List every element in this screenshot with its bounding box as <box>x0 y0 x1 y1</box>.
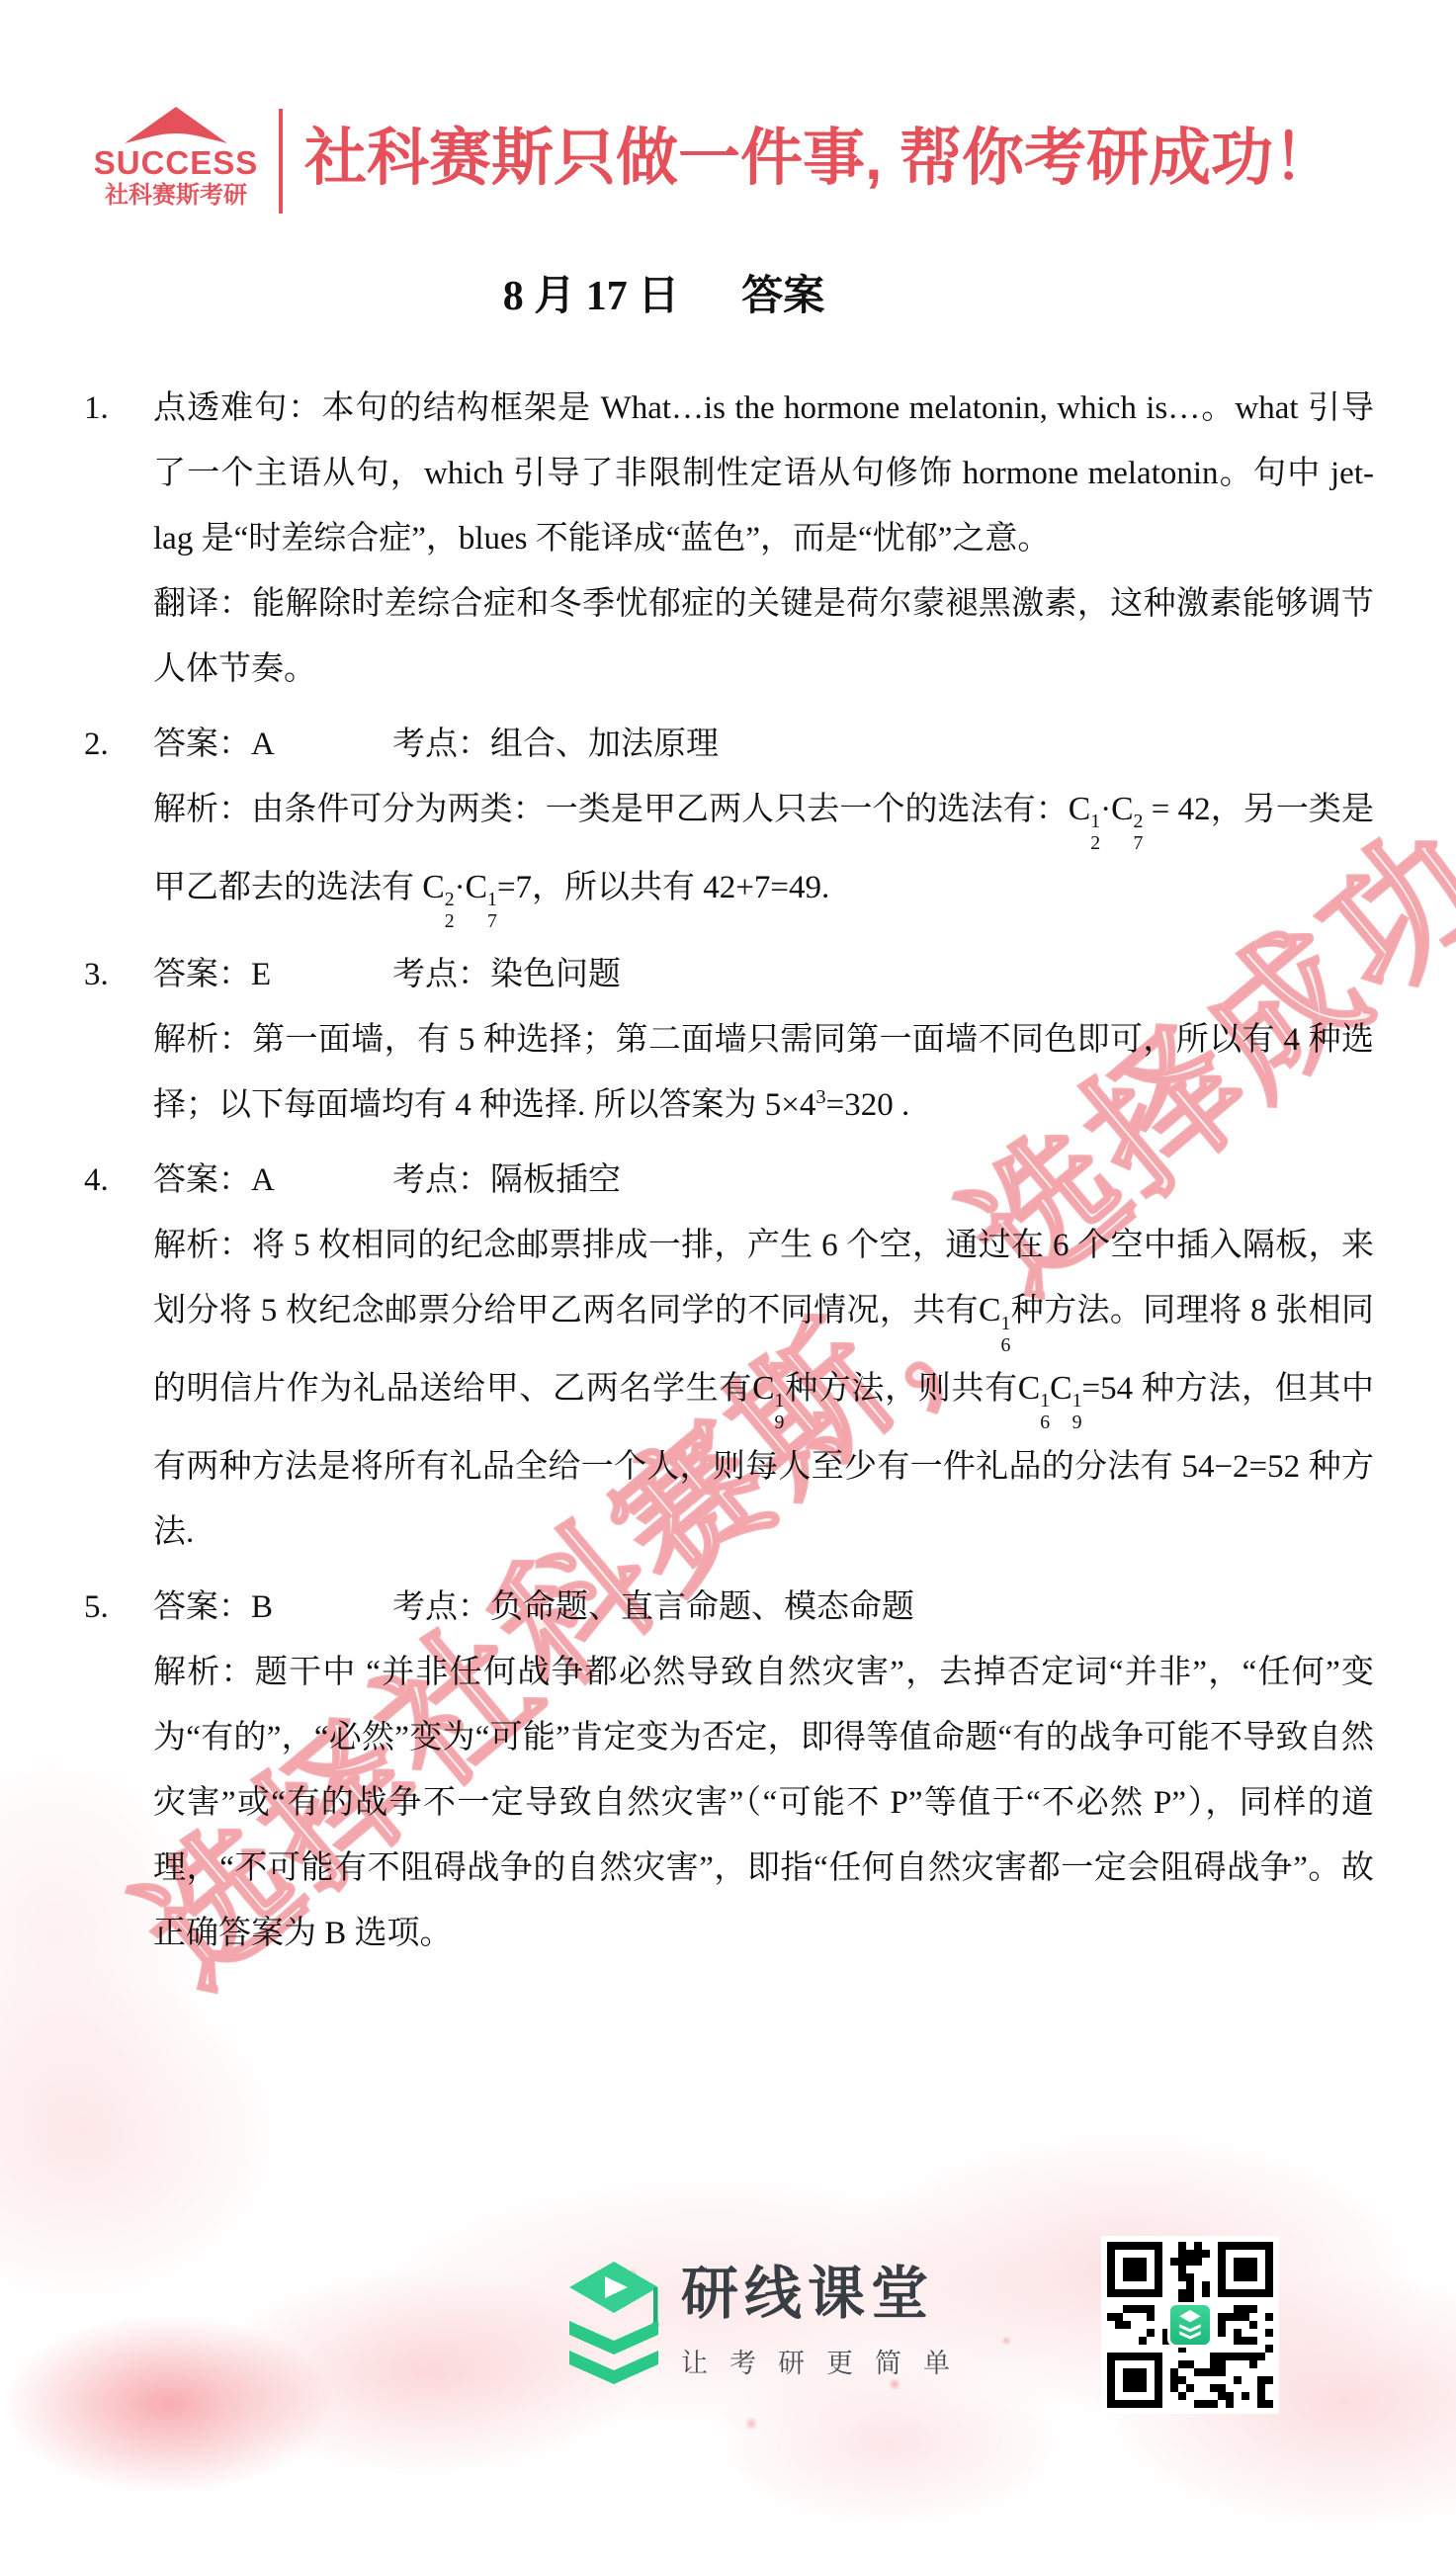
qr-module <box>1123 2368 1147 2392</box>
success-logo: SUCCESS 社科赛斯考研 <box>97 107 255 211</box>
qr-module <box>1194 2242 1202 2250</box>
qr-module <box>1147 2313 1155 2321</box>
comb-superscript: 1 <box>775 1390 785 1412</box>
qr-module <box>1242 2337 1249 2345</box>
qr-module <box>1170 2258 1178 2266</box>
explanation-paragraph: 解析：第一面墙，有 5 种选择；第二面墙只需同第一面墙不同色即可，所以有 4 种… <box>153 1007 1374 1138</box>
qr-module <box>1218 2313 1226 2321</box>
qr-module <box>1218 2329 1226 2337</box>
combination-symbol: C22 <box>422 855 454 933</box>
text-run: 解析：第一面墙，有 5 种选择；第二面墙只需同第一面墙不同色即可，所以有 4 种… <box>153 1022 1374 1123</box>
qr-module <box>1186 2360 1194 2368</box>
answer-list: 1.点透难句：本句的结构框架是 What…is the hormone mela… <box>84 376 1374 1976</box>
qr-module <box>1218 2368 1226 2376</box>
qr-module <box>1170 2368 1178 2376</box>
qr-module <box>1194 2400 1202 2408</box>
answer-item: 2.答案：A考点：组合、加法原理解析：由条件可分为两类：一类是甲乙两人只去一个的… <box>84 712 1374 932</box>
comb-superscript: 2 <box>1134 811 1144 832</box>
answer-label: 答案： <box>153 1589 251 1625</box>
qr-module <box>1226 2353 1234 2360</box>
text-run: 点透难句：本句的结构框架是 What…is the hormone melato… <box>153 390 1374 557</box>
answer-head: 答案：E考点：染色问题 <box>153 942 1374 1007</box>
topic-label: 考点： <box>392 727 490 762</box>
text-run: 种方法，则共有 <box>784 1371 1017 1407</box>
qr-module <box>1218 2250 1226 2289</box>
qr-module <box>1234 2376 1242 2384</box>
qr-module <box>1178 2258 1186 2266</box>
qr-module <box>1186 2258 1194 2266</box>
item-number: 2. <box>84 712 153 932</box>
answer-head: 答案：A考点：组合、加法原理 <box>153 712 1374 777</box>
header-slogan: 社科赛斯只做一件事, 帮你考研成功！ <box>304 107 1335 210</box>
qr-module <box>1186 2384 1194 2392</box>
qr-module <box>1218 2384 1226 2392</box>
qr-module <box>1218 2392 1226 2400</box>
qr-module <box>1123 2305 1131 2313</box>
qr-module <box>1226 2313 1234 2321</box>
topic-label: 考点： <box>392 957 490 992</box>
qr-module <box>1107 2289 1162 2297</box>
qr-module <box>1186 2250 1194 2258</box>
item-body: 答案：B考点：负命题、直言命题、模态命题解析：题干中 “并非任何战争都必然导致自… <box>153 1575 1374 1966</box>
qr-module <box>1242 2392 1249 2400</box>
text-run: =7，所以共有 42+7=49. <box>497 870 829 905</box>
document-page: 选择社科赛斯，选择成功 SUCCESS 社科赛斯考研 社科赛斯只做一件事, 帮你… <box>0 0 1456 2569</box>
combination-symbol: C27 <box>1111 777 1143 855</box>
answer-head: 答案：B考点：负命题、直言命题、模态命题 <box>153 1575 1374 1640</box>
comb-base: C <box>466 869 487 905</box>
qr-module <box>1249 2360 1257 2368</box>
qr-module <box>1265 2376 1273 2384</box>
combination-symbol: C16 <box>979 1278 1010 1356</box>
qr-module <box>1147 2329 1155 2337</box>
qr-module <box>1178 2360 1186 2368</box>
comb-base: C <box>1069 791 1090 827</box>
comb-superscript: 1 <box>1090 811 1100 832</box>
qr-center-logo-icon <box>1167 2302 1213 2348</box>
topic-label: 考点： <box>392 1162 490 1198</box>
comb-base: C <box>1111 791 1133 827</box>
topic-text: 负命题、直言命题、模态命题 <box>490 1589 914 1625</box>
qr-module <box>1194 2258 1202 2266</box>
qr-module <box>1249 2321 1257 2329</box>
qr-module <box>1202 2400 1210 2408</box>
qr-module <box>1115 2321 1123 2329</box>
qr-module <box>1131 2305 1139 2313</box>
qr-module <box>1107 2242 1162 2250</box>
qr-module <box>1218 2242 1273 2250</box>
comb-superscript: 1 <box>487 889 497 910</box>
footer-tagline: 让考研更简单 <box>681 2342 972 2380</box>
qr-module <box>1155 2250 1162 2289</box>
qr-module <box>1234 2305 1242 2313</box>
qr-module <box>1249 2337 1257 2345</box>
topic-value: 考点：隔板插空 <box>392 1162 621 1198</box>
footer-brand-text-block: 研线课堂 让考研更简单 <box>681 2262 972 2380</box>
qr-module <box>1210 2353 1218 2360</box>
qr-module <box>1257 2376 1265 2384</box>
qr-module <box>1194 2368 1202 2376</box>
comb-base: C <box>1050 1370 1071 1407</box>
qr-module <box>1218 2289 1273 2297</box>
qr-module <box>1123 2258 1147 2281</box>
answer-value: 答案：E <box>153 942 392 1007</box>
comb-scripts: 22 <box>445 889 455 932</box>
comb-scripts: 19 <box>1072 1390 1082 1433</box>
combination-symbol: C12 <box>1069 777 1100 855</box>
answer-item: 3.答案：E考点：染色问题解析：第一面墙，有 5 种选择；第二面墙只需同第一面墙… <box>84 942 1374 1138</box>
comb-scripts: 16 <box>1000 1313 1010 1356</box>
comb-subscript: 6 <box>1040 1412 1050 1433</box>
topic-text: 染色问题 <box>490 957 621 992</box>
comb-scripts: 16 <box>1040 1390 1050 1433</box>
comb-superscript: 2 <box>445 889 455 910</box>
page-header: SUCCESS 社科赛斯考研 社科赛斯只做一件事, 帮你考研成功！ <box>97 107 1335 214</box>
comb-superscript: 1 <box>1040 1390 1050 1412</box>
qr-module <box>1178 2266 1186 2273</box>
qr-module <box>1249 2353 1257 2360</box>
topic-text: 组合、加法原理 <box>490 727 719 762</box>
explanation-paragraph: 解析：将 5 枚相同的纪念邮票排成一排，产生 6 个空，通过在 6 个空中插入隔… <box>153 1213 1374 1564</box>
comb-scripts: 19 <box>775 1390 785 1433</box>
qr-module <box>1170 2384 1178 2392</box>
qr-code <box>1101 2236 1279 2414</box>
item-number: 4. <box>84 1148 153 1564</box>
answer-letter: A <box>251 727 275 762</box>
comb-subscript: 7 <box>487 910 497 932</box>
qr-module <box>1218 2360 1226 2368</box>
topic-text: 隔板插空 <box>490 1162 621 1198</box>
qr-module <box>1107 2250 1115 2289</box>
comb-scripts: 27 <box>1134 811 1144 854</box>
item-number: 5. <box>84 1575 153 1966</box>
qr-module <box>1178 2392 1186 2400</box>
comb-base: C <box>422 869 444 905</box>
qr-module <box>1155 2360 1162 2400</box>
comb-superscript: 1 <box>1000 1313 1010 1334</box>
topic-value: 考点：组合、加法原理 <box>392 727 719 762</box>
qr-module <box>1107 2360 1115 2400</box>
qr-module <box>1242 2353 1249 2360</box>
qr-module <box>1178 2273 1186 2281</box>
qr-module <box>1234 2258 1257 2281</box>
qr-module <box>1234 2337 1242 2345</box>
comb-subscript: 7 <box>1134 832 1144 854</box>
qr-module <box>1202 2250 1210 2258</box>
brand-divider <box>279 109 283 214</box>
answer-label: 答案： <box>153 727 251 762</box>
answer-letter: B <box>251 1589 273 1625</box>
qr-module <box>1202 2289 1210 2297</box>
qr-module <box>1178 2250 1186 2258</box>
combination-symbol: C19 <box>752 1356 784 1434</box>
text-run: =320 . <box>826 1087 910 1123</box>
comb-base: C <box>1018 1370 1040 1407</box>
comb-scripts: 12 <box>1090 811 1100 854</box>
qr-module <box>1178 2289 1186 2297</box>
qr-module <box>1234 2313 1242 2321</box>
item-body: 点透难句：本句的结构框架是 What…is the hormone melato… <box>153 376 1374 702</box>
qr-module <box>1210 2384 1218 2392</box>
qr-module <box>1107 2353 1162 2360</box>
qr-module <box>1107 2400 1162 2408</box>
text-run: 解析：由条件可分为两类：一类是甲乙两人只去一个的选法有： <box>153 792 1069 827</box>
qr-module <box>1257 2384 1265 2392</box>
logo-brand-text: SUCCESS <box>94 146 259 179</box>
item-number: 1. <box>84 376 153 702</box>
qr-module <box>1178 2376 1186 2384</box>
footer-brand-name: 研线课堂 <box>681 2262 972 2328</box>
combination-symbol: C16 <box>1018 1356 1050 1434</box>
topic-value: 考点：染色问题 <box>392 957 621 992</box>
combination-symbol: C19 <box>1050 1356 1081 1434</box>
comb-subscript: 9 <box>775 1412 785 1433</box>
answer-value: 答案：A <box>153 1148 392 1213</box>
footer-brand: 研线课堂 让考研更简单 <box>568 2262 972 2391</box>
text-run: · <box>1100 792 1111 827</box>
qr-module <box>1257 2353 1265 2360</box>
explanation-paragraph: 解析：题干中 “并非任何战争都必然导致自然灾害”，去掉否定词“并非”，“任何”变… <box>153 1640 1374 1966</box>
item-body: 答案：A考点：隔板插空解析：将 5 枚相同的纪念邮票排成一排，产生 6 个空，通… <box>153 1148 1374 1564</box>
qr-module <box>1139 2305 1147 2313</box>
comb-base: C <box>979 1292 1000 1328</box>
answer-value: 答案：A <box>153 712 392 777</box>
item-number: 3. <box>84 942 153 1138</box>
qr-module <box>1139 2337 1147 2345</box>
qr-module <box>1265 2345 1273 2353</box>
answer-letter: A <box>251 1162 275 1198</box>
qr-module <box>1265 2250 1273 2289</box>
qr-module <box>1210 2400 1218 2408</box>
qr-module <box>1202 2368 1210 2376</box>
page-title: 8 月 17 日 答案 <box>0 263 1328 322</box>
answer-item: 5.答案：B考点：负命题、直言命题、模态命题解析：题干中 “并非任何战争都必然导… <box>84 1575 1374 1966</box>
qr-module <box>1186 2281 1194 2289</box>
qr-module <box>1202 2281 1210 2289</box>
qr-module <box>1147 2305 1155 2313</box>
comb-scripts: 17 <box>487 889 497 932</box>
qr-module <box>1210 2368 1218 2376</box>
qr-module <box>1107 2313 1115 2321</box>
explanation-paragraph: 翻译：能解除时差综合症和冬季忧郁症的关键是荷尔蒙褪黑激素，这种激素能够调节人体节… <box>153 571 1374 702</box>
comb-subscript: 2 <box>445 910 455 932</box>
qr-module <box>1257 2392 1265 2400</box>
qr-module <box>1234 2329 1242 2337</box>
qr-module <box>1170 2376 1178 2384</box>
qr-module <box>1265 2400 1273 2408</box>
qr-module <box>1210 2360 1218 2368</box>
answer-item: 4.答案：A考点：隔板插空解析：将 5 枚相同的纪念邮票排成一排，产生 6 个空… <box>84 1148 1374 1564</box>
qr-module <box>1194 2250 1202 2258</box>
qr-module <box>1257 2400 1265 2408</box>
comb-subscript: 2 <box>1090 832 1100 854</box>
answer-head: 答案：A考点：隔板插空 <box>153 1148 1374 1213</box>
item-body: 答案：A考点：组合、加法原理解析：由条件可分为两类：一类是甲乙两人只去一个的选法… <box>153 712 1374 932</box>
qr-module <box>1242 2313 1249 2321</box>
qr-module <box>1242 2305 1249 2313</box>
text-run: 解析：题干中 “并非任何战争都必然导致自然灾害”，去掉否定词“并非”，“任何”变… <box>153 1655 1374 1951</box>
explanation-paragraph: 解析：由条件可分为两类：一类是甲乙两人只去一个的选法有：C12·C27 = 42… <box>153 777 1374 932</box>
qr-module <box>1249 2305 1257 2313</box>
text-run: 翻译：能解除时差综合症和冬季忧郁症的关键是荷尔蒙褪黑激素，这种激素能够调节人体节… <box>153 586 1374 687</box>
qr-module <box>1265 2313 1273 2321</box>
combination-symbol: C17 <box>466 855 497 933</box>
comb-superscript: 1 <box>1072 1390 1082 1412</box>
logo-subbrand-text: 社科赛斯考研 <box>105 182 247 211</box>
comb-subscript: 6 <box>1000 1334 1010 1356</box>
answer-item: 1.点透难句：本句的结构框架是 What…is the hormone mela… <box>84 376 1374 702</box>
answer-label: 答案： <box>153 1162 251 1198</box>
answer-value: 答案：B <box>153 1575 392 1640</box>
topic-label: 考点： <box>392 1589 490 1625</box>
item-body: 答案：E考点：染色问题解析：第一面墙，有 5 种选择；第二面墙只需同第一面墙不同… <box>153 942 1374 1138</box>
roof-icon <box>125 107 227 144</box>
qr-module <box>1218 2321 1226 2329</box>
qr-module <box>1226 2392 1234 2400</box>
qr-module <box>1226 2400 1234 2408</box>
qr-module <box>1123 2321 1131 2329</box>
comb-subscript: 9 <box>1072 1412 1082 1433</box>
answer-letter: E <box>251 957 271 992</box>
qr-module <box>1234 2353 1242 2360</box>
qr-module <box>1186 2289 1194 2297</box>
text-run: · <box>455 870 466 905</box>
explanation-paragraph: 点透难句：本句的结构框架是 What…is the hormone melato… <box>153 376 1374 571</box>
topic-value: 考点：负命题、直言命题、模态命题 <box>392 1589 914 1625</box>
qr-module <box>1218 2353 1226 2360</box>
comb-base: C <box>752 1370 774 1407</box>
yanxian-logo-icon <box>568 2262 659 2391</box>
qr-module <box>1178 2242 1186 2250</box>
qr-module <box>1186 2273 1194 2281</box>
qr-module <box>1115 2313 1123 2321</box>
qr-module <box>1265 2329 1273 2337</box>
superscript: 3 <box>815 1086 825 1108</box>
answer-label: 答案： <box>153 957 251 992</box>
